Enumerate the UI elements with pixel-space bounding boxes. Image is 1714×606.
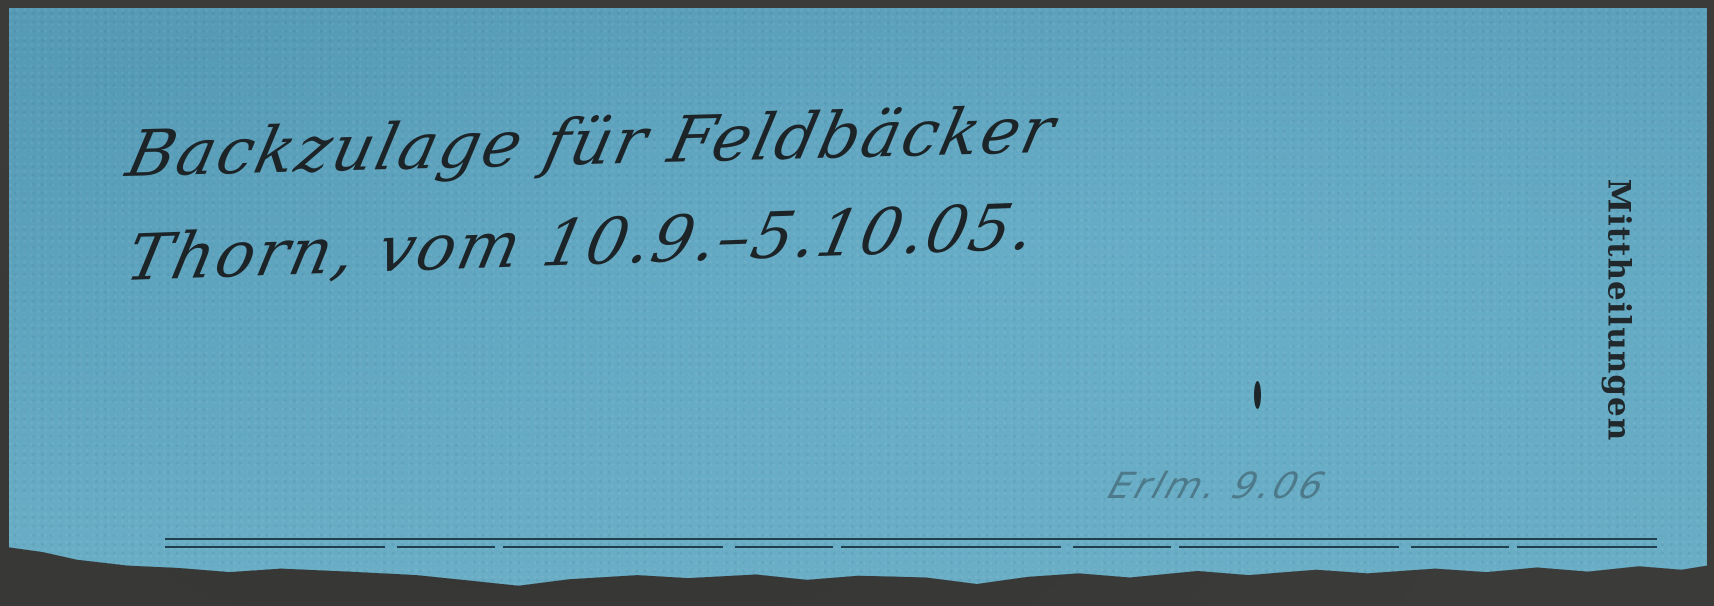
double-rule-top	[165, 538, 1657, 540]
ink-blot	[1254, 381, 1261, 409]
printed-heading-vertical: Mittheilungen	[1598, 145, 1638, 475]
double-rule-bottom	[165, 546, 1657, 548]
printed-heading-text: Mittheilungen	[1600, 179, 1636, 442]
pencil-annotation: Erlm. 9.06	[1103, 466, 1332, 507]
faint-stamp-text: · · · · · · ·	[189, 30, 286, 46]
paper-slip: · · · · · · ·	[9, 8, 1707, 598]
